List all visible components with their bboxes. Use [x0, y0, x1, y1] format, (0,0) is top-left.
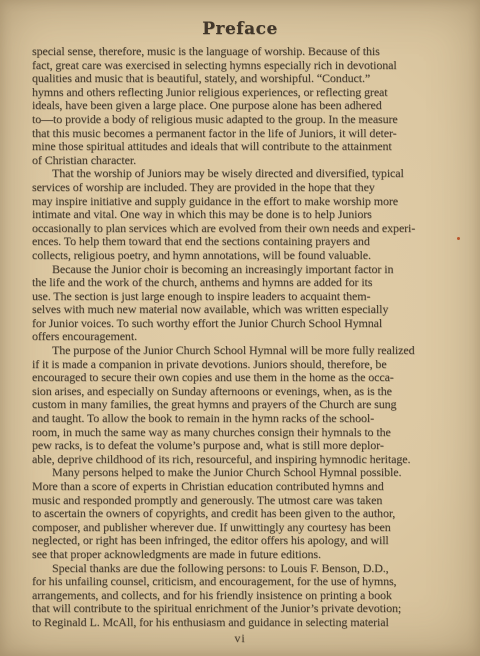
paragraph: Because the Junior choir is becoming an …	[32, 263, 457, 345]
text-line: hymns and others reflecting Junior relig…	[32, 86, 457, 100]
text-line: The purpose of the Junior Church School …	[32, 344, 457, 358]
text-line: may inspire initiative and supply guidan…	[32, 195, 457, 209]
text-line: More than a score of experts in Christia…	[32, 480, 457, 494]
text-line: that will contribute to the spiritual en…	[32, 602, 457, 616]
text-line: use. The section is just large enough to…	[32, 290, 457, 304]
text-line: That the worship of Juniors may be wisel…	[32, 167, 457, 181]
text-line: Special thanks are due the following per…	[32, 562, 457, 576]
text-line: Because the Junior choir is becoming an …	[32, 263, 457, 277]
text-line: qualities and music that is beautiful, s…	[32, 72, 457, 86]
text-line: pew racks, is to defeat the volume’s pur…	[32, 439, 457, 453]
text-line: encouraged to secure their own copies an…	[32, 371, 457, 385]
page-body: special sense, therefore, music is the l…	[32, 45, 457, 630]
text-line: fact, great care was exercised in select…	[32, 59, 457, 73]
text-line: intimate and vital. One way in which thi…	[32, 208, 457, 222]
text-line: see that proper acknowledgments are made…	[32, 548, 457, 562]
text-line: for Junior voices. To such worthy effort…	[32, 317, 457, 331]
text-line: able, deprive childhood of its rich, res…	[32, 453, 457, 467]
text-line: selves with much new material now availa…	[32, 303, 457, 317]
text-line: the life and the work of the church, ant…	[32, 276, 457, 290]
text-line: occasionally to plan services which are …	[32, 222, 457, 236]
text-line: custom in many families, the great hymns…	[32, 398, 457, 412]
paragraph: Special thanks are due the following per…	[32, 562, 457, 630]
text-line: Many persons helped to make the Junior C…	[32, 466, 457, 480]
text-line: to ascertain the owners of copyrights, a…	[32, 507, 457, 521]
text-line: to Reginald L. McAll, for his enthusiasm…	[32, 616, 457, 630]
text-line: offers encouragement.	[32, 330, 457, 344]
text-line: sion arises, and especially on Sunday af…	[32, 385, 457, 399]
paper-speck	[457, 237, 460, 240]
text-line: special sense, therefore, music is the l…	[32, 45, 457, 59]
text-line: collects, religious poetry, and hymn ann…	[32, 249, 457, 263]
paragraph: That the worship of Juniors may be wisel…	[32, 167, 457, 262]
text-line: to—to provide a body of religious music …	[32, 113, 457, 127]
page-number: vi	[0, 631, 480, 646]
text-line: for his unfailing counsel, criticism, an…	[32, 575, 457, 589]
text-line: neglected, or right has been infringed, …	[32, 534, 457, 548]
paragraph: special sense, therefore, music is the l…	[32, 45, 457, 167]
text-line: ideals, have been given a large place. O…	[32, 99, 457, 113]
text-line: arrangements, and collects, and for his …	[32, 589, 457, 603]
text-line: ences. To help them toward that end the …	[32, 235, 457, 249]
text-line: of Christian character.	[32, 154, 457, 168]
text-line: if it is made a companion in private dev…	[32, 358, 457, 372]
text-line: composer, and publisher wherever due. If…	[32, 521, 457, 535]
text-line: room, in much the same way as many churc…	[32, 426, 457, 440]
page-title: Preface	[0, 19, 480, 39]
text-line: mine those spiritual attitudes and ideal…	[32, 140, 457, 154]
text-line: that this music becomes a permanent fact…	[32, 127, 457, 141]
text-line: and taught. To allow the book to remain …	[32, 412, 457, 426]
text-line: music and responded promptly and generou…	[32, 494, 457, 508]
scanned-book-page: Preface special sense, therefore, music …	[0, 0, 480, 656]
text-line: services of worship are included. They a…	[32, 181, 457, 195]
paragraph: The purpose of the Junior Church School …	[32, 344, 457, 466]
paragraph: Many persons helped to make the Junior C…	[32, 466, 457, 561]
